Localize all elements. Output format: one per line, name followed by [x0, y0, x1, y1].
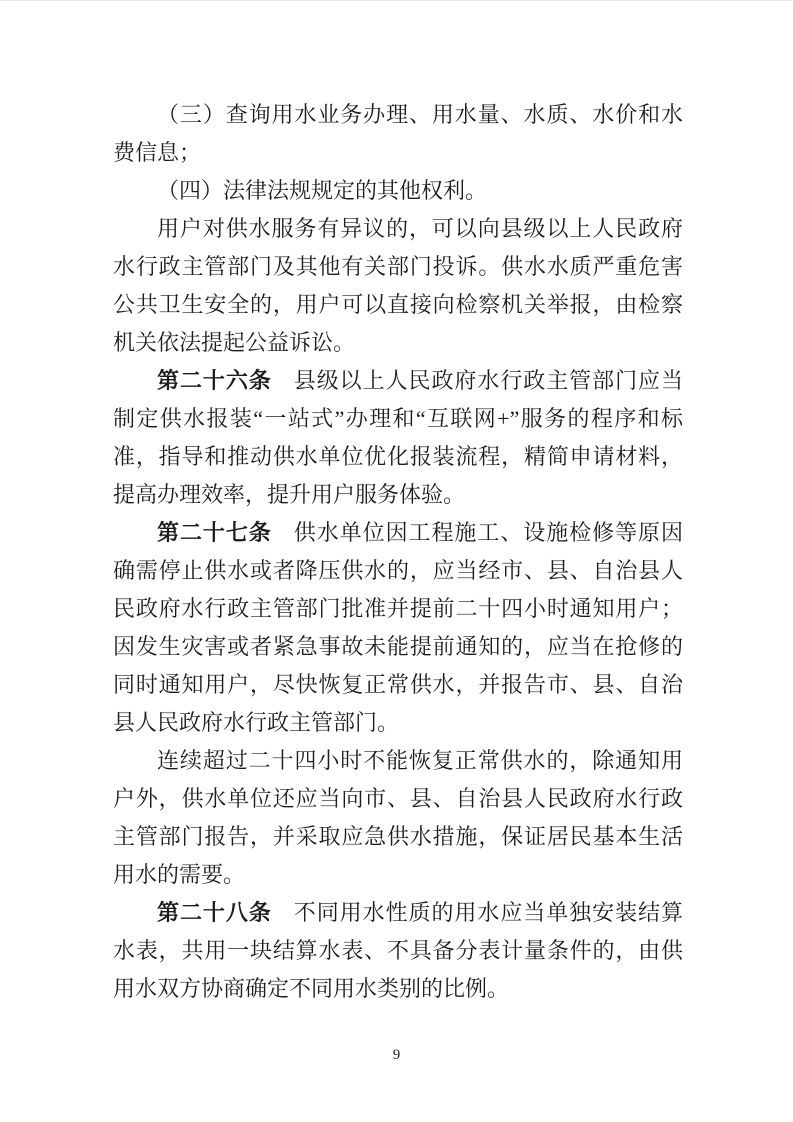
page-number: 9	[0, 1046, 793, 1064]
paragraph-text: 供水单位因工程施工、设施检修等原因确需停止供水或者降压供水的，应当经市、县、自治…	[113, 520, 683, 735]
paragraph-complaint: 用户对供水服务有异议的，可以向县级以上人民政府水行政主管部门及其他有关部门投诉。…	[113, 210, 683, 362]
paragraph-article-28: 第二十八条不同用水性质的用水应当单独安装结算水表，共用一块结算水表、不具备分表计…	[113, 894, 683, 1008]
paragraph-article-26: 第二十六条县级以上人民政府水行政主管部门应当制定供水报装“一站式”办理和“互联网…	[113, 362, 683, 514]
document-body: （三）查询用水业务办理、用水量、水质、水价和水费信息； （四）法律法规规定的其他…	[113, 96, 683, 1008]
paragraph-text: 用户对供水服务有异议的，可以向县级以上人民政府水行政主管部门及其他有关部门投诉。…	[113, 216, 683, 355]
document-page: （三）查询用水业务办理、用水量、水质、水价和水费信息； （四）法律法规规定的其他…	[0, 0, 793, 1122]
article-number: 第二十八条	[157, 900, 272, 925]
paragraph-text: 连续超过二十四小时不能恢复正常供水的，除通知用户外，供水单位还应当向市、县、自治…	[113, 748, 683, 887]
paragraph-text: （四）法律法规规定的其他权利。	[157, 178, 487, 203]
article-number: 第二十六条	[157, 368, 272, 393]
paragraph-article-27-cont: 连续超过二十四小时不能恢复正常供水的，除通知用户外，供水单位还应当向市、县、自治…	[113, 742, 683, 894]
paragraph-clause-4: （四）法律法规规定的其他权利。	[113, 172, 683, 210]
paragraph-clause-3: （三）查询用水业务办理、用水量、水质、水价和水费信息；	[113, 96, 683, 172]
paragraph-article-27: 第二十七条供水单位因工程施工、设施检修等原因确需停止供水或者降压供水的，应当经市…	[113, 514, 683, 742]
article-number: 第二十七条	[157, 520, 272, 545]
paragraph-text: （三）查询用水业务办理、用水量、水质、水价和水费信息；	[113, 102, 683, 165]
